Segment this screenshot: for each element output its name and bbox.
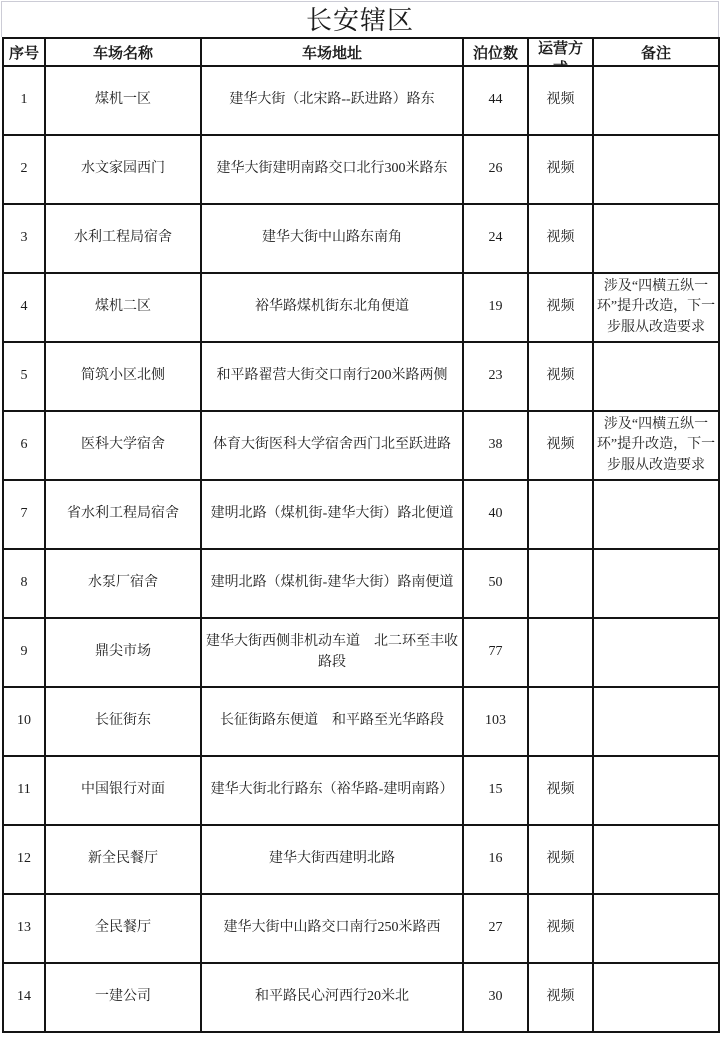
lot-address-cell: 建明北路（煤机街-建华大街）路北便道 (201, 480, 463, 549)
lot-address-cell: 建华大街西侧非机动车道 北二环至丰收路段 (201, 618, 463, 687)
table-body: 1煤机一区建华大街（北宋路--跃进路）路东44视频2水文家园西门建华大街建明南路… (3, 66, 719, 1032)
table-row: 14一建公司和平路民心河西行20米北30视频 (3, 963, 719, 1032)
operator-cell: 视频 (528, 756, 593, 825)
table-row: 11中国银行对面建华大街北行路东（裕华路-建明南路）15视频 (3, 756, 719, 825)
remark-cell (593, 963, 719, 1032)
lot-name-cell: 简筑小区北侧 (45, 342, 201, 411)
remark-cell (593, 135, 719, 204)
header-serial-number: 序号 (3, 38, 45, 66)
header-berth-count: 泊位数 (463, 38, 528, 66)
lot-name-cell: 一建公司 (45, 963, 201, 1032)
lot-address-cell: 建华大街（北宋路--跃进路）路东 (201, 66, 463, 135)
lot-address-cell: 建华大街西建明北路 (201, 825, 463, 894)
lot-name-cell: 煤机二区 (45, 273, 201, 342)
operator-cell: 视频 (528, 204, 593, 273)
header-remark: 备注 (593, 38, 719, 66)
berth-count-cell: 44 (463, 66, 528, 135)
lot-name-cell: 省水利工程局宿舍 (45, 480, 201, 549)
remark-cell: 涉及“四横五纵一环”提升改造，下一步服从改造要求 (593, 273, 719, 342)
row-number-cell: 1 (3, 66, 45, 135)
operator-cell: 视频 (528, 342, 593, 411)
lot-address-cell: 建华大街北行路东（裕华路-建明南路） (201, 756, 463, 825)
berth-count-cell: 40 (463, 480, 528, 549)
remark-cell (593, 825, 719, 894)
berth-count-cell: 26 (463, 135, 528, 204)
remark-cell: 涉及“四横五纵一环”提升改造，下一步服从改造要求 (593, 411, 719, 480)
table-row: 1煤机一区建华大街（北宋路--跃进路）路东44视频 (3, 66, 719, 135)
remark-cell (593, 342, 719, 411)
row-number-cell: 2 (3, 135, 45, 204)
row-number-cell: 10 (3, 687, 45, 756)
row-number-cell: 9 (3, 618, 45, 687)
table-row: 3水利工程局宿舍建华大街中山路东南角24视频 (3, 204, 719, 273)
operator-cell (528, 480, 593, 549)
row-number-cell: 6 (3, 411, 45, 480)
row-number-cell: 14 (3, 963, 45, 1032)
operator-cell: 视频 (528, 825, 593, 894)
berth-count-cell: 23 (463, 342, 528, 411)
remark-cell (593, 66, 719, 135)
table-header: 序号 车场名称 车场地址 泊位数 运营方式 备注 (3, 38, 719, 66)
berth-count-cell: 19 (463, 273, 528, 342)
lot-address-cell: 和平路民心河西行20米北 (201, 963, 463, 1032)
operator-cell: 视频 (528, 963, 593, 1032)
remark-cell (593, 204, 719, 273)
lot-address-cell: 建华大街中山路交口南行250米路西 (201, 894, 463, 963)
lot-address-cell: 和平路翟营大街交口南行200米路两侧 (201, 342, 463, 411)
operator-cell: 视频 (528, 894, 593, 963)
table-row: 9鼎尖市场建华大街西侧非机动车道 北二环至丰收路段77 (3, 618, 719, 687)
lot-name-cell: 医科大学宿舍 (45, 411, 201, 480)
page-title: 长安辖区 (306, 6, 414, 34)
berth-count-cell: 50 (463, 549, 528, 618)
row-number-cell: 11 (3, 756, 45, 825)
table-row: 8水泵厂宿舍建明北路（煤机街-建华大街）路南便道50 (3, 549, 719, 618)
lot-address-cell: 裕华路煤机街东北角便道 (201, 273, 463, 342)
lot-address-cell: 建明北路（煤机街-建华大街）路南便道 (201, 549, 463, 618)
remark-cell (593, 687, 719, 756)
remark-cell (593, 894, 719, 963)
table-row: 7省水利工程局宿舍建明北路（煤机街-建华大街）路北便道40 (3, 480, 719, 549)
operator-cell (528, 549, 593, 618)
parking-lot-table: 序号 车场名称 车场地址 泊位数 运营方式 备注 1煤机一区建华大街（北宋路--… (2, 37, 720, 1033)
lot-name-cell: 中国银行对面 (45, 756, 201, 825)
header-lot-address: 车场地址 (201, 38, 463, 66)
operator-cell: 视频 (528, 66, 593, 135)
row-number-cell: 8 (3, 549, 45, 618)
remark-cell (593, 756, 719, 825)
table-row: 5简筑小区北侧和平路翟营大街交口南行200米路两侧23视频 (3, 342, 719, 411)
table-row: 2水文家园西门建华大街建明南路交口北行300米路东26视频 (3, 135, 719, 204)
row-number-cell: 4 (3, 273, 45, 342)
table-row: 10长征街东长征街路东便道 和平路至光华路段103 (3, 687, 719, 756)
berth-count-cell: 30 (463, 963, 528, 1032)
lot-address-cell: 长征街路东便道 和平路至光华路段 (201, 687, 463, 756)
lot-name-cell: 新全民餐厅 (45, 825, 201, 894)
remark-cell (593, 480, 719, 549)
document-page: 长安辖区 序号 车场名称 车场地址 泊位数 运营方式 备注 1煤机一区建华大街（… (0, 0, 720, 1057)
table-row: 12新全民餐厅建华大街西建明北路16视频 (3, 825, 719, 894)
berth-count-cell: 16 (463, 825, 528, 894)
operator-cell: 视频 (528, 273, 593, 342)
header-row: 序号 车场名称 车场地址 泊位数 运营方式 备注 (3, 38, 719, 66)
row-number-cell: 5 (3, 342, 45, 411)
row-number-cell: 7 (3, 480, 45, 549)
lot-name-cell: 水泵厂宿舍 (45, 549, 201, 618)
lot-name-cell: 全民餐厅 (45, 894, 201, 963)
berth-count-cell: 15 (463, 756, 528, 825)
lot-name-cell: 鼎尖市场 (45, 618, 201, 687)
table-row: 6医科大学宿舍体育大街医科大学宿舍西门北至跃进路38视频涉及“四横五纵一环”提升… (3, 411, 719, 480)
operator-cell: 视频 (528, 411, 593, 480)
lot-name-cell: 煤机一区 (45, 66, 201, 135)
berth-count-cell: 24 (463, 204, 528, 273)
lot-name-cell: 长征街东 (45, 687, 201, 756)
remark-cell (593, 549, 719, 618)
table-row: 4煤机二区裕华路煤机街东北角便道19视频涉及“四横五纵一环”提升改造，下一步服从… (3, 273, 719, 342)
row-number-cell: 12 (3, 825, 45, 894)
district-title-box: 长安辖区 (1, 1, 719, 37)
lot-name-cell: 水利工程局宿舍 (45, 204, 201, 273)
operator-cell: 视频 (528, 135, 593, 204)
berth-count-cell: 27 (463, 894, 528, 963)
row-number-cell: 3 (3, 204, 45, 273)
lot-address-cell: 建华大街建明南路交口北行300米路东 (201, 135, 463, 204)
remark-cell (593, 618, 719, 687)
operator-cell (528, 618, 593, 687)
berth-count-cell: 38 (463, 411, 528, 480)
header-lot-name: 车场名称 (45, 38, 201, 66)
lot-name-cell: 水文家园西门 (45, 135, 201, 204)
berth-count-cell: 77 (463, 618, 528, 687)
lot-address-cell: 建华大街中山路东南角 (201, 204, 463, 273)
header-operator: 运营方式 (528, 38, 593, 66)
lot-address-cell: 体育大街医科大学宿舍西门北至跃进路 (201, 411, 463, 480)
berth-count-cell: 103 (463, 687, 528, 756)
row-number-cell: 13 (3, 894, 45, 963)
operator-cell (528, 687, 593, 756)
table-row: 13全民餐厅建华大街中山路交口南行250米路西27视频 (3, 894, 719, 963)
